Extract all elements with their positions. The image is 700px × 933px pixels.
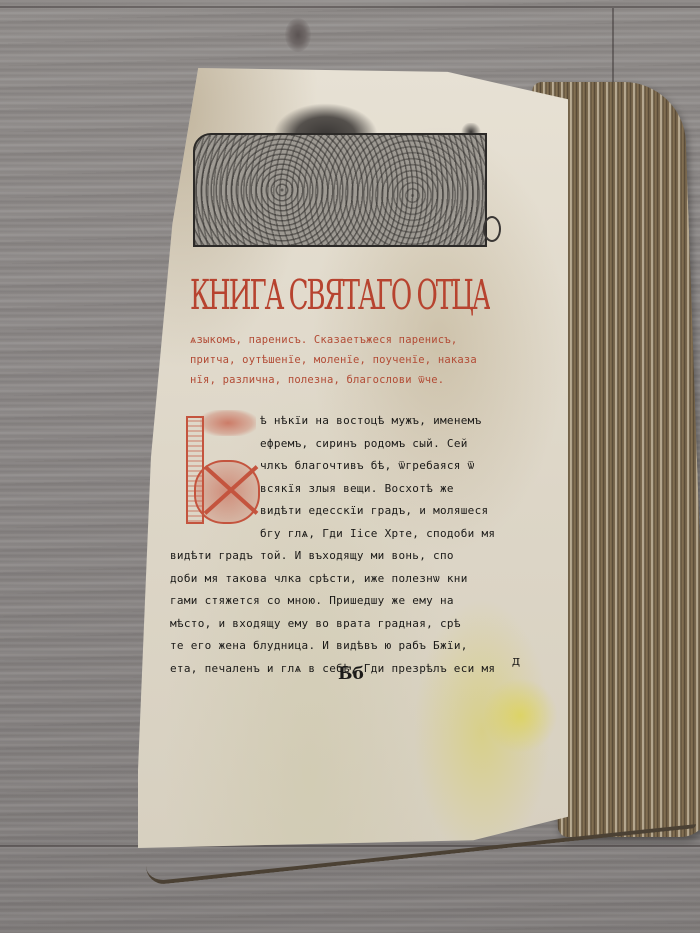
text-line: гами стяжется со мною. Пришедшу же ему н… bbox=[170, 590, 495, 613]
page-title: КНИГА СВЯТАГО ОТЦА НАШЕГО ЕФРЕМА СИРИНА bbox=[190, 264, 490, 328]
dropcap-letter-b bbox=[186, 410, 254, 522]
text-line: доби мя такова члка срѣсти, иже полезнѡ … bbox=[170, 568, 495, 591]
text-line: всякїя злыя вещи. Восхотѣ же bbox=[260, 478, 495, 501]
headpiece-curl bbox=[483, 216, 501, 242]
text-line: видѣти едесскїи градъ, и моляшеся bbox=[260, 500, 495, 523]
old-book: КНИГА СВЯТАГО ОТЦА НАШЕГО ЕФРЕМА СИРИНА … bbox=[130, 68, 700, 858]
plank-seam bbox=[0, 6, 700, 8]
text-line: ѣ нѣкїи на востоцѣ мужъ, именемъ bbox=[260, 410, 495, 433]
subtitle: ѧзыкомъ, паренисъ. Сказаетъжеся паренисъ… bbox=[190, 330, 510, 390]
headpiece-ornament bbox=[193, 133, 487, 247]
text-line: ефремъ, сиринъ родомъ сый. Сей bbox=[260, 433, 495, 456]
text-line: видѣти градъ той. И въходящу ми вонь, сп… bbox=[170, 545, 495, 568]
subtitle-line: ѧзыкомъ, паренисъ. Сказаетъжеся паренисъ… bbox=[190, 330, 510, 350]
text-line: те его жена блудница. И видѣвъ ю рабъ Бж… bbox=[170, 635, 495, 658]
subtitle-line: притча, оутѣшенїе, моленїе, поученїе, на… bbox=[190, 350, 510, 370]
text-line: члкъ благочтивъ бѣ, ѿгребаяся ѿ bbox=[260, 455, 495, 478]
text-line: бгу глѧ, Гди Іісе Хрте, сподоби мя bbox=[260, 523, 495, 546]
yellow-stain bbox=[483, 678, 558, 753]
headpiece-crest bbox=[273, 103, 378, 135]
subtitle-line: нїя, различна, полезна, благослови ѿче. bbox=[190, 370, 510, 390]
dropcap-flag bbox=[200, 410, 256, 436]
book-page: КНИГА СВЯТАГО ОТЦА НАШЕГО ЕФРЕМА СИРИНА … bbox=[138, 68, 568, 848]
text-line: мѣсто, и входящу ему во врата градная, с… bbox=[170, 613, 495, 636]
text-line: ета, печаленъ и глѧ в себѣ, Гди презрѣлъ… bbox=[170, 658, 495, 681]
signature-mark: Бб bbox=[338, 664, 364, 684]
wood-knot bbox=[285, 18, 311, 52]
body-text-full: видѣти градъ той. И въходящу ми вонь, сп… bbox=[170, 545, 495, 680]
folio-mark: д bbox=[512, 654, 520, 669]
body-text-indented: ѣ нѣкїи на востоцѣ мужъ, именемъ ефремъ,… bbox=[260, 410, 495, 545]
